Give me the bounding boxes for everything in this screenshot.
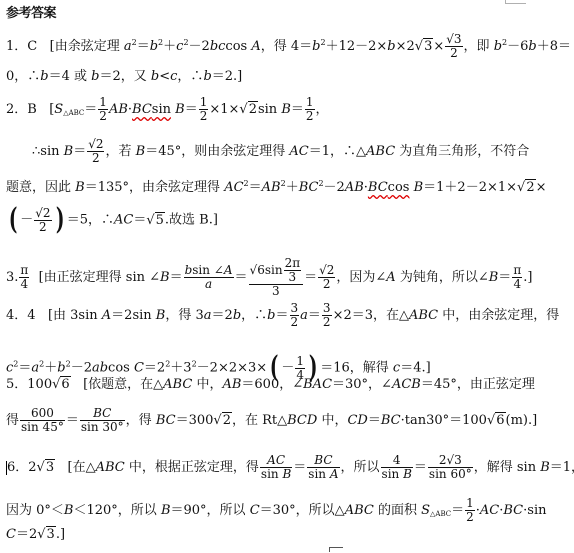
answer-1-line-1: 1．C [由余弦定理 a2＝b2＋c2－2bccos A，得 4＝b2＋12－2…	[6, 33, 571, 60]
text: ，∴	[177, 69, 203, 84]
text: ＝135°，由余弦定理得	[85, 180, 220, 195]
text: ＝2	[212, 308, 233, 323]
answer-6-line-1: 6．2√3 [在△ABC 中，根据正弦定理，得ACsin B＝BCsin A，所…	[6, 454, 574, 481]
text: ，得 3	[165, 308, 203, 323]
text: ·tan30°＝100	[401, 413, 487, 428]
text: ＝2，又	[99, 69, 146, 84]
answer-2-line-1: 2．B [S△ABC＝12AB·BCsin B＝12×1×√2sin B＝12，	[6, 96, 329, 123]
text: ×2＝3，在△	[333, 308, 409, 323]
answer-1-label: 1．C	[6, 39, 37, 54]
text: .]	[56, 527, 65, 542]
text: .故选 B.]	[165, 213, 218, 228]
text: [由正弦定理得 sin ∠	[39, 270, 160, 285]
text: ＝4.]	[400, 361, 430, 376]
text: ，得	[126, 413, 152, 428]
fraction: √32	[445, 33, 462, 60]
answer-5-line-2: 得600sin 45°＝BCsin 30°，得 BC＝300√2，在 Rt△BC…	[6, 407, 537, 434]
sqrt: √3	[415, 38, 434, 56]
text: 为直角三角形，不符合	[399, 144, 529, 159]
answer-2-label: 2．B	[6, 102, 37, 117]
fraction: 12	[199, 96, 209, 123]
answer-3-label: π4	[19, 264, 29, 291]
fraction: 32	[290, 302, 300, 329]
answer-5-label: 5．100	[6, 377, 52, 392]
text: (m).]	[506, 413, 538, 428]
text: ＝30°，所以△	[260, 503, 345, 518]
answer-2-line-4: (－√22)＝5，∴AC＝√5.故选 B.]	[6, 205, 218, 235]
text: ，得 4＝	[261, 39, 312, 54]
text: ＝1，	[550, 460, 574, 475]
text: ＝1，∴△	[309, 144, 366, 159]
fraction: √22	[87, 138, 104, 165]
text: ×2	[396, 39, 415, 54]
text: 因为 0°＜	[6, 503, 64, 518]
fraction: 4sin B	[381, 454, 413, 481]
text: ＝2sin	[111, 308, 151, 323]
text: ，若	[105, 144, 131, 159]
answer-3-line-1: 3.π4 [由正弦定理得 sin ∠B＝bsin ∠Aa＝√6sin2π33＝√…	[6, 257, 532, 298]
fraction: BCsin A	[307, 454, 339, 481]
answer-2-line-3: 题意，因此 B＝135°，由余弦定理得 AC2＝AB2＋BC2－2AB·BCco…	[6, 175, 547, 197]
text: [由余弦定理	[50, 39, 120, 54]
fraction: √6sin2π33	[249, 257, 304, 298]
text: ，所以	[341, 460, 380, 475]
text: ，因为∠	[336, 270, 386, 285]
answer-5-line-1: 5．100√6 [依题意，在△ABC 中，AB＝600，∠BAC＝30°，∠AC…	[6, 376, 535, 394]
answer-2-line-2: ∴sin B＝√22，若 B＝45°，则由余弦定理得 AC＝1，∴△ABC 为直…	[32, 138, 529, 165]
text: ＝2	[16, 527, 37, 542]
fraction: √22	[318, 264, 335, 291]
fraction: ACsin B	[260, 454, 292, 481]
text: ＝4 或	[49, 69, 87, 84]
text: ∴sin	[32, 144, 59, 159]
text: ，解得 sin	[474, 460, 536, 475]
text: ＝2.]	[212, 69, 242, 84]
answer-1-line-2: 0，∴b＝4 或 b＝2，又 b<c，∴b＝2.]	[6, 68, 242, 86]
text: ＝30°，∠	[332, 377, 392, 392]
text: 中，根据正弦定理，得	[129, 460, 259, 475]
text: ＝300	[176, 413, 214, 428]
text: 的面积	[378, 503, 417, 518]
text: ＝90°，所以	[171, 503, 246, 518]
text: [由 3sin	[48, 308, 98, 323]
text: ，∴	[241, 308, 267, 323]
answer-4-line-1: 4．4 [由 3sin A＝2sin B，得 3a＝2b，∴b＝32a＝32×2…	[6, 302, 559, 329]
text: ＋12－2×	[326, 39, 388, 54]
answer-6-line-3: C＝2√3.]	[6, 526, 65, 544]
answer-6-line-2: 因为 0°＜B＜120°，所以 B＝90°，所以 C＝30°，所以△ABC 的面…	[6, 497, 546, 524]
answer-4-label: 4．4	[6, 308, 36, 323]
text: 中，	[321, 413, 347, 428]
fraction: π4	[512, 264, 522, 291]
document-page: 参考答案 1．C [由余弦定理 a2＝b2＋c2－2bccos A，得 4＝b2…	[0, 0, 574, 553]
text: [在△	[68, 460, 96, 475]
fraction: 12	[305, 96, 315, 123]
text: 得	[6, 413, 19, 428]
fraction: bsin ∠Aa	[184, 264, 234, 291]
fraction: 32	[322, 302, 332, 329]
page-corner-mark	[505, 0, 526, 4]
fraction: 12	[98, 96, 108, 123]
text: 题意，因此	[6, 180, 71, 195]
fraction: √22	[34, 207, 51, 234]
fraction: 2√3sin 60°	[428, 454, 473, 481]
text: ＝5，∴	[67, 213, 114, 228]
text: 中，由余弦定理，得	[442, 308, 559, 323]
text: ＝1＋2－2×1×	[423, 180, 517, 195]
text: ＝45°，由正弦定理	[421, 377, 535, 392]
page-corner-mark	[329, 547, 343, 552]
fraction: 600sin 45°	[20, 407, 65, 434]
text: 0，∴	[6, 69, 40, 84]
text: ＝45°，则由余弦定理得	[145, 144, 285, 159]
fraction: BCsin 30°	[80, 407, 125, 434]
page-title: 参考答案	[6, 2, 56, 21]
text: ，即	[464, 39, 490, 54]
text: 中，	[196, 377, 222, 392]
text: ＜120°，所以	[73, 503, 156, 518]
text: ，在 Rt△	[232, 413, 287, 428]
answer-6-label: 6．2	[7, 460, 37, 475]
text: 为钝角，所以∠	[400, 270, 489, 285]
fraction: 12	[465, 497, 475, 524]
text: ＝600，∠	[241, 377, 303, 392]
text: [依题意，在△	[83, 377, 163, 392]
text: ＝16，解得	[320, 361, 389, 376]
